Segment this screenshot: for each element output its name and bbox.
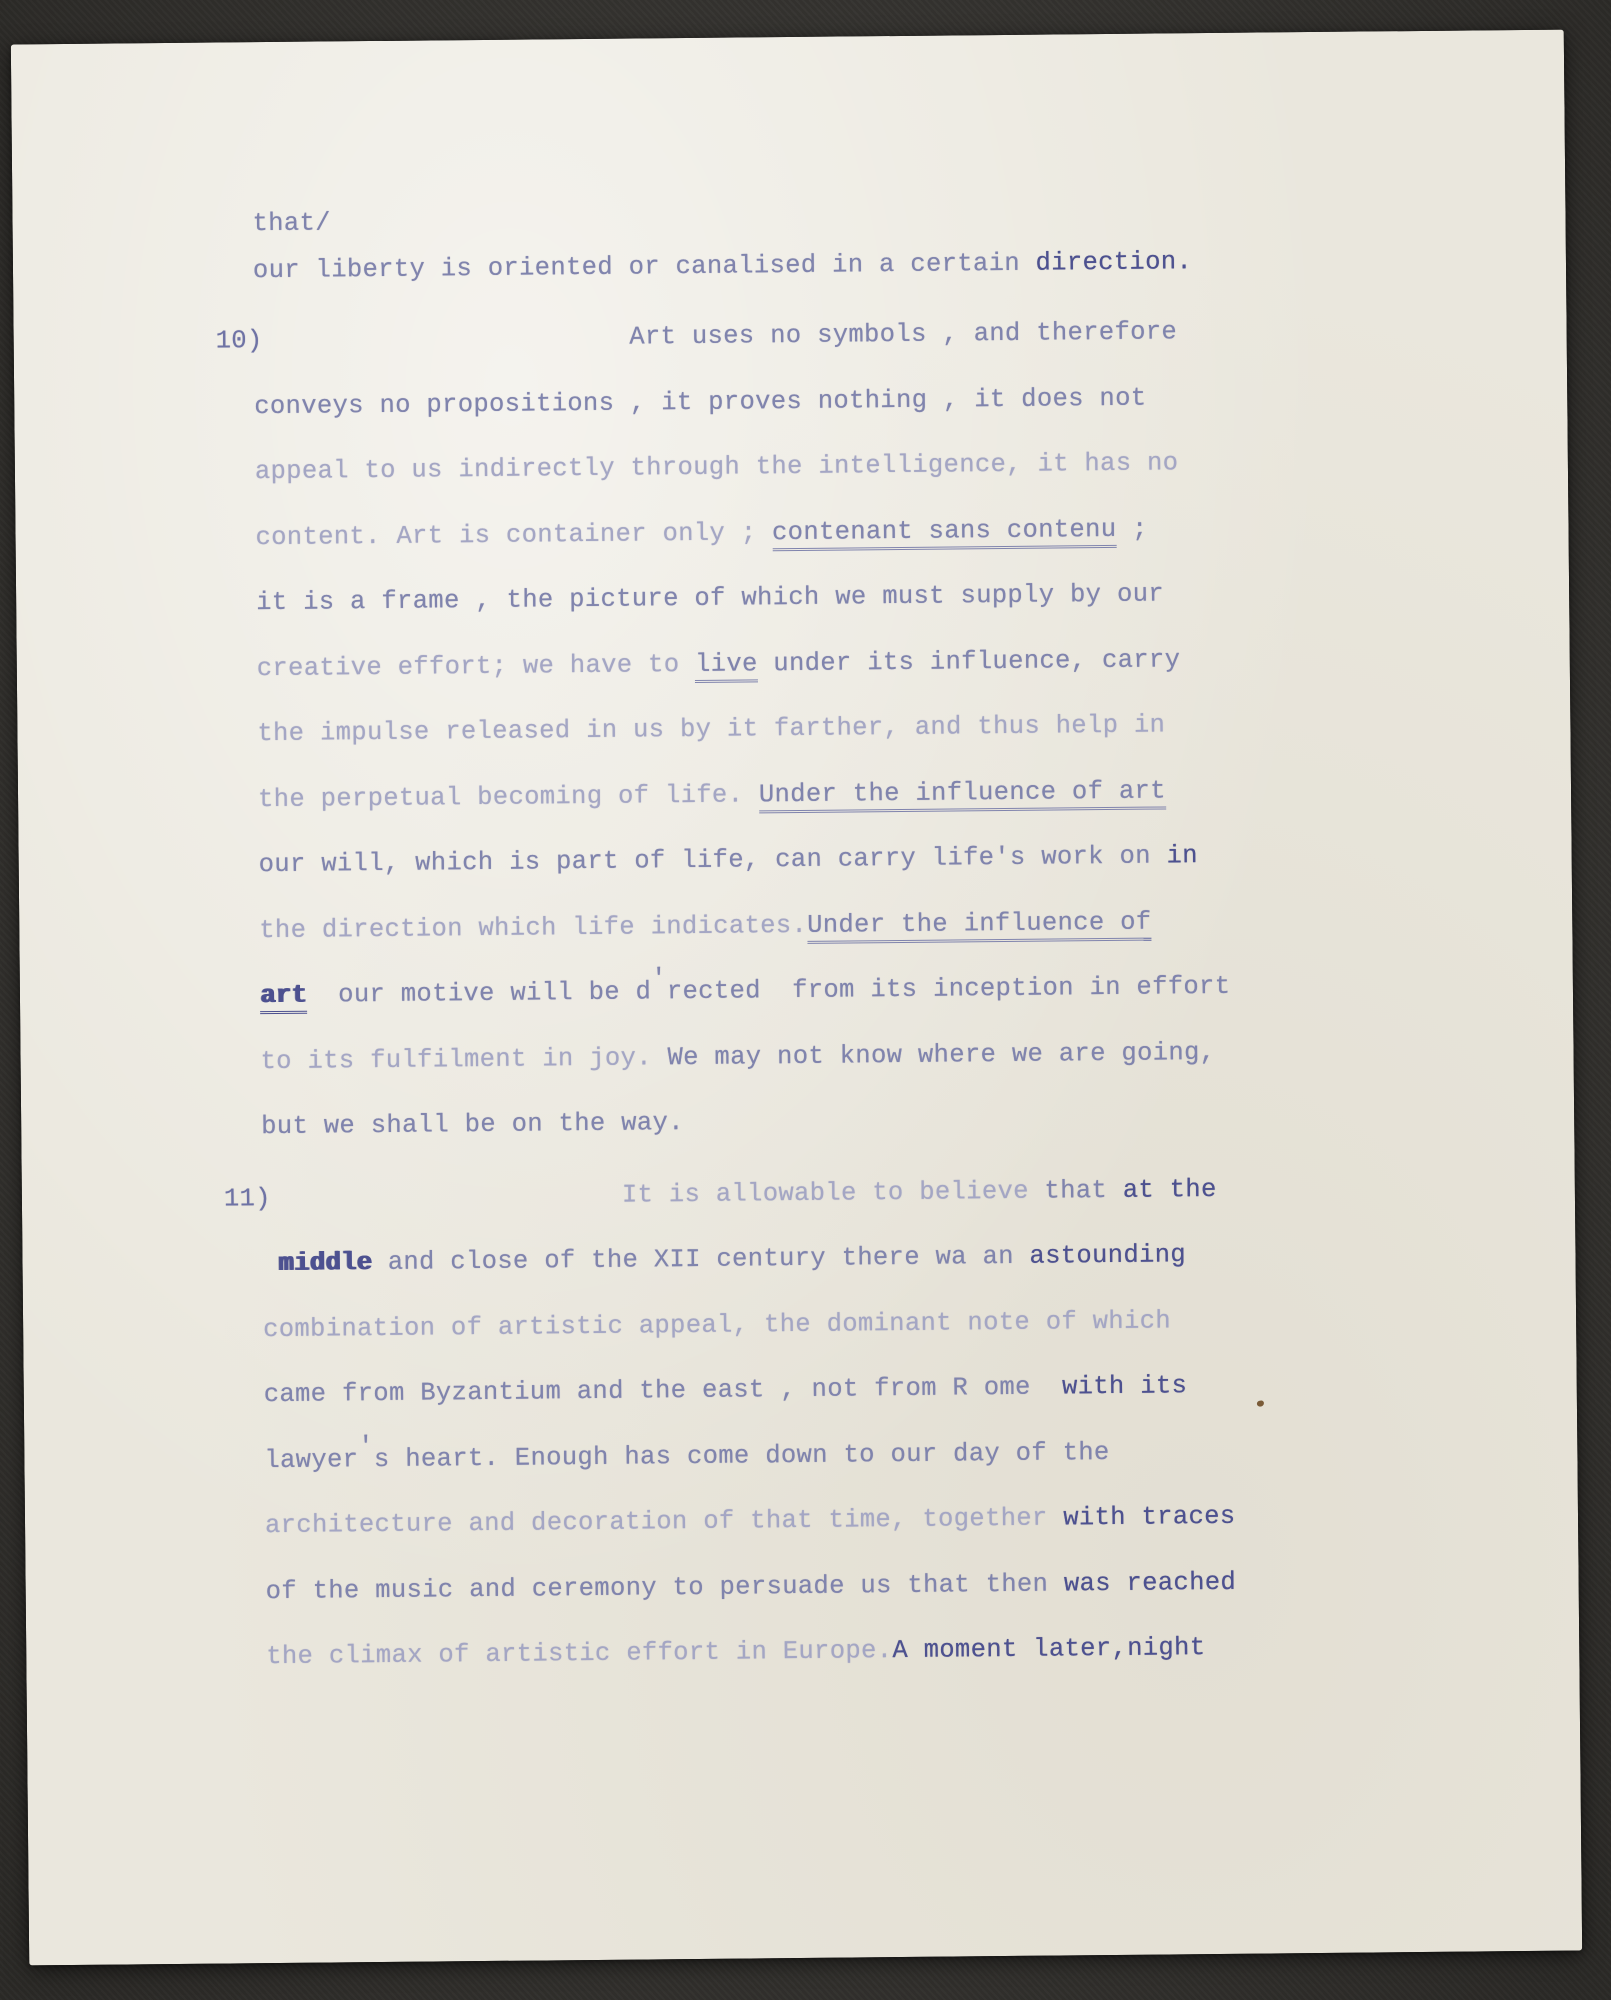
text-line: it is a frame , the picture of which we … [256,576,1540,654]
underlined-text: contenant sans contenu [772,514,1117,550]
text-line: but we shall be on the way. [261,1100,1545,1178]
text-line: combination of artistic appeal, the domi… [263,1302,1547,1380]
text-segment: We may not know where we are going, [667,1037,1215,1071]
text-segment: was reached [1064,1567,1236,1598]
overstruck-text: middle [278,1248,372,1278]
text-segment: and close of the XII century there wa an [372,1242,1030,1277]
text-segment: the climax of artistic effort in Europe. [266,1636,892,1671]
text-line: lawyer's heart. Enough has come down to … [264,1433,1548,1511]
text-line: conveys no propositions , it proves noth… [254,379,1538,457]
paragraph-number-label: 10) [216,326,263,355]
text-segment: rected from its inception in effort [667,972,1231,1006]
text-segment: creative effort; we have to [257,649,696,682]
text-segment: direction. [1035,247,1192,278]
text-line: art our motive will be d'rected from its… [260,969,1544,1047]
text-line: of the music and ceremony to persuade us… [266,1564,1550,1642]
paragraph-number-label: 11) [224,1184,271,1213]
text-segment: the perpetual becoming of life. [258,780,759,814]
text-line: the climax of artistic effort in Europe.… [266,1630,1550,1708]
text-line: creative effort; we have to live under i… [257,641,1541,719]
text-segment: content. Art is container only ; [255,518,772,552]
text-line: appeal to us indirectly through the inte… [255,445,1539,523]
text-segment: s heart. Enough has come down to our day… [374,1438,1110,1474]
typed-text: that/our liberty is oriented or canalise… [252,197,1549,1708]
text-line: the perpetual becoming of life. Under th… [258,772,1542,850]
text-line: came from Byzantium and the east , not f… [264,1368,1548,1446]
text-segment: Art uses no symbols , and therefore [254,317,1178,355]
text-line: Art uses no symbols , and therefore [254,314,1538,392]
text-line: the impulse released in us by it farther… [257,707,1541,785]
text-segment: with traces [1063,1502,1235,1533]
text-segment: but we shall be on the way. [261,1108,684,1141]
underlined-text: art [260,981,307,1014]
text-segment: our liberty is oriented or canalised in … [253,249,1036,286]
text-segment: the direction which life indicates. [259,910,807,944]
underlined-text: live [695,649,758,683]
text-line: our will, which is part of life, can car… [259,838,1543,916]
text-line: It is allowable to believe that at the [262,1171,1546,1249]
text-segment: our motive will be d [307,977,652,1009]
underlined-text: Under the influence of art [759,776,1166,813]
text-segment: lawyer [264,1445,358,1475]
text-segment: that/ [252,208,331,238]
text-segment: in [1166,841,1198,870]
text-line: architecture and decoration of that time… [265,1499,1549,1577]
text-segment: with its [1062,1371,1188,1401]
paragraph: 10) Art uses no symbols , and thereforec… [254,314,1545,1178]
text-line: to its fulfilment in joy. We may not kno… [260,1034,1544,1112]
text-line: middle and close of the XII century ther… [262,1237,1546,1315]
text-segment: ' [358,1432,374,1462]
text-line: the direction which life indicates.Under… [259,903,1543,981]
text-segment: A moment later,night [892,1633,1205,1665]
text-segment: that [1044,1175,1123,1205]
manuscript-page: that/our liberty is oriented or canalise… [11,30,1582,1966]
text-segment: ; [1116,514,1148,543]
text-line: content. Art is container only ; contena… [255,510,1539,588]
text-segment: under its influence, carry [758,645,1181,678]
text-segment: at the [1123,1174,1217,1204]
paragraph: 11) It is allowable to believe that at t… [262,1171,1550,1707]
text-segment: ' [651,964,667,994]
text-segment: It is allowable to believe [262,1176,1045,1213]
text-segment: astounding [1029,1240,1186,1271]
underlined-text: Under the influence of [807,907,1152,943]
text-segment: to its fulfilment in joy. [260,1043,667,1076]
paragraph: that/our liberty is oriented or canalise… [252,197,1536,303]
text-segment [262,1249,278,1278]
